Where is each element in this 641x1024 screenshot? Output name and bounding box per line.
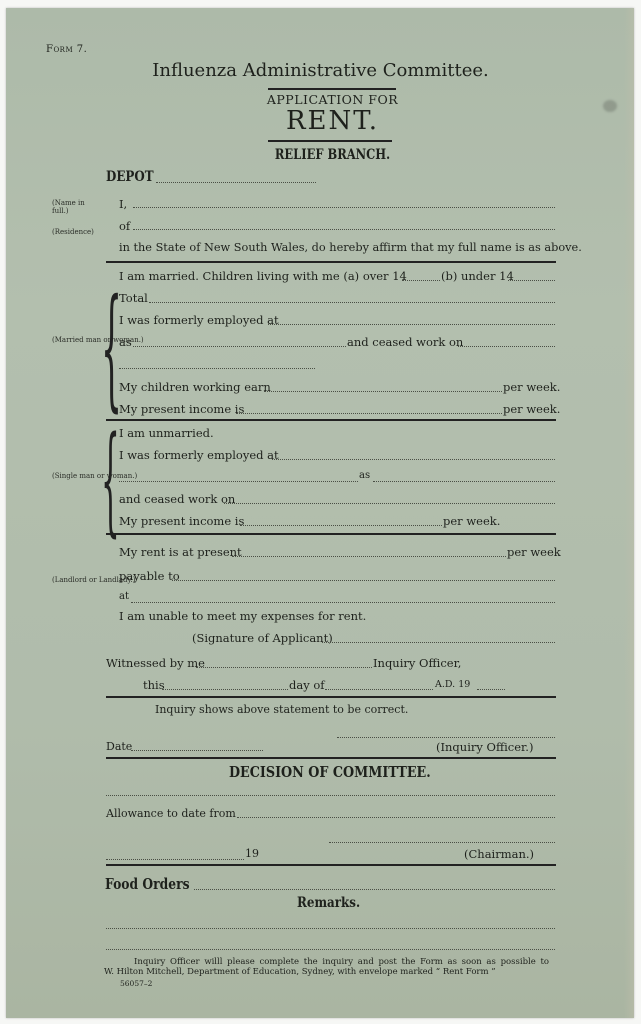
day-of-label: day of [289, 678, 325, 692]
remarks-field-line-2[interactable] [106, 949, 555, 950]
rent-rule [268, 140, 392, 142]
food-orders-field[interactable] [194, 889, 555, 890]
allowance-label: Allowance to date from [106, 807, 236, 820]
inquiry-officer-caption: (Inquiry Officer.) [436, 740, 533, 754]
chairman-signature-field[interactable] [329, 842, 555, 843]
landlord-name-field[interactable] [172, 580, 555, 581]
name-prefix: I, [119, 197, 127, 211]
print-code: 56057–2 [120, 979, 152, 988]
married-ceased-date-continued-field[interactable] [119, 368, 315, 369]
single-occupation-field[interactable] [373, 481, 555, 482]
married-ceased-label: and ceased work on [347, 335, 463, 349]
depot-field[interactable] [156, 182, 316, 183]
day-field[interactable] [162, 689, 288, 690]
inquiry-date-field[interactable] [131, 750, 263, 751]
decision-field[interactable] [106, 795, 555, 796]
depot-label: DEPOT [106, 169, 154, 185]
footer-instruction-2: W. Hilton Mitchell, Department of Educat… [104, 967, 496, 977]
section-rule [106, 533, 556, 535]
ad-year-label: A.D. 19 [435, 679, 470, 690]
payable-to-label: payable to [119, 569, 180, 583]
single-ceased-label: and ceased work on [119, 492, 235, 506]
witnessed-by-label: Witnessed by me [106, 656, 205, 670]
total-field[interactable] [149, 302, 555, 303]
application-for-label: APPLICATION FOR [0, 92, 641, 107]
name-note: (Name in full.) [52, 199, 96, 215]
married-employed-label: I was formerly employed at [119, 313, 279, 327]
residence-field[interactable] [133, 229, 555, 230]
single-employer-continued-field[interactable] [119, 481, 358, 482]
section-rule [106, 864, 556, 866]
per-week-label: per week. [443, 514, 500, 528]
landlord-at-label: at [119, 591, 129, 602]
year-19-label: 19 [245, 847, 259, 860]
single-ceased-date-field[interactable] [224, 503, 555, 504]
rent-at-label: My rent is at present [119, 545, 242, 559]
landlord-address-field[interactable] [131, 602, 555, 603]
inquiry-statement: Inquiry shows above statement to be corr… [155, 703, 408, 716]
allowance-end-date-field[interactable] [106, 859, 244, 860]
footer-instruction-1: Inquiry Officer willl please complete th… [134, 957, 549, 967]
married-occupation-field[interactable] [133, 346, 346, 347]
unable-to-pay-text: I am unable to meet my expenses for rent… [119, 609, 366, 623]
form-title: Influenza Administrative Committee. [0, 60, 641, 81]
chairman-caption: (Chairman.) [464, 847, 534, 861]
inquiry-officer-signature-field[interactable] [337, 737, 555, 738]
total-label: Total [119, 291, 148, 305]
rent-amount-field[interactable] [232, 556, 506, 557]
relief-branch-heading: RELIEF BRANCH. [50, 147, 615, 163]
year-field[interactable] [477, 689, 505, 690]
form-number: Form 7. [46, 44, 87, 55]
single-employed-label: I was formerly employed at [119, 448, 279, 462]
children-under-14-field[interactable] [508, 280, 555, 281]
children-earn-field[interactable] [264, 391, 502, 392]
residence-prefix: of [119, 219, 130, 233]
single-as-label: as [359, 470, 370, 481]
married-income-field[interactable] [236, 413, 502, 414]
full-name-field[interactable] [133, 207, 555, 208]
section-rule [106, 419, 556, 421]
per-week-label: per week. [503, 380, 560, 394]
single-income-label: My present income is [119, 514, 244, 528]
married-as-label: as [119, 335, 132, 349]
month-field[interactable] [325, 689, 433, 690]
under-14-label: (b) under 14 [441, 269, 514, 283]
decision-heading: DECISION OF COMMITTEE. [229, 763, 431, 781]
remarks-field-line-1[interactable] [106, 928, 555, 929]
food-orders-label: Food Orders [105, 876, 190, 893]
children-earn-label: My children working earn [119, 380, 271, 394]
residence-note: (Residence) [52, 228, 94, 236]
unmarried-text: I am unmarried. [119, 426, 214, 440]
per-week-label: per week. [503, 402, 560, 416]
married-children-text: I am married. Children living with me (a… [119, 269, 407, 283]
section-rule [106, 261, 556, 263]
per-week-label: per week [507, 545, 561, 559]
date-label: Date [106, 740, 132, 753]
single-income-field[interactable] [240, 525, 442, 526]
married-income-label: My present income is [119, 402, 244, 416]
affirmation-text: in the State of New South Wales, do here… [119, 241, 582, 254]
remarks-label: Remarks. [297, 895, 360, 911]
signature-label: (Signature of Applicant) [192, 631, 333, 645]
children-over-14-field[interactable] [402, 280, 440, 281]
section-rule [106, 757, 556, 759]
married-ceased-date-field[interactable] [458, 346, 555, 347]
title-rule [268, 88, 396, 90]
applicant-signature-field[interactable] [322, 642, 555, 643]
section-rule [106, 696, 556, 698]
single-employer-field[interactable] [272, 459, 555, 460]
rent-heading: RENT. [0, 106, 641, 136]
single-note: (Single man or woman.) [52, 472, 137, 480]
inquiry-officer-label: Inquiry Officer, [373, 656, 461, 670]
witness-name-field[interactable] [196, 667, 372, 668]
married-employer-field[interactable] [268, 324, 555, 325]
allowance-date-field[interactable] [237, 817, 555, 818]
